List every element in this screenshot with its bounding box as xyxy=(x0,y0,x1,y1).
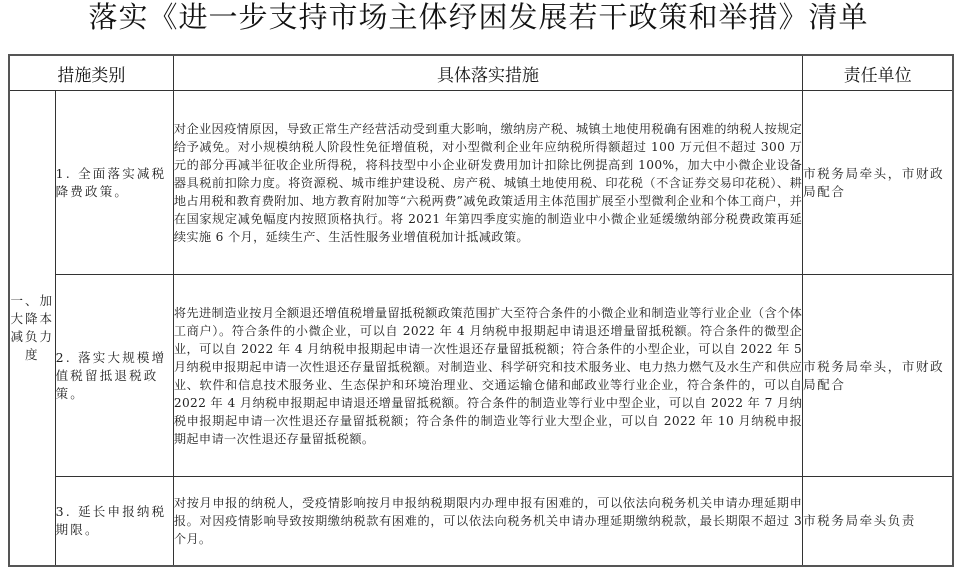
measures-cell: 对按月申报的纳税人，受疫情影响按月申报纳税期限内办理申报有困难的，可以依法向税务… xyxy=(173,477,802,566)
responsible-cell: 市税务局牵头负责 xyxy=(803,477,953,566)
table-row: 一、加大降本减负力度 1. 全面落实减税降费政策。 对企业因疫情原因，导致正常生… xyxy=(9,91,953,275)
header-responsible: 责任单位 xyxy=(803,55,953,91)
document-title: 落实《进一步支持市场主体纾困发展若干政策和举措》清单 xyxy=(0,0,957,40)
measures-cell: 对企业因疫情原因，导致正常生产经营活动受到重大影响，缴纳房产税、城镇土地使用税确… xyxy=(173,91,802,275)
responsible-cell: 市税务局牵头，市财政局配合 xyxy=(803,275,953,477)
category-cell: 一、加大降本减负力度 xyxy=(9,91,55,566)
subcategory-cell: 3. 延长申报纳税期限。 xyxy=(55,477,173,566)
subcategory-cell: 2. 落实大规模增值税留抵退税政策。 xyxy=(55,275,173,477)
measures-cell: 将先进制造业按月全额退还增值税增量留抵税额政策范围扩大至符合条件的小微企业和制造… xyxy=(173,275,802,477)
table-row: 3. 延长申报纳税期限。 对按月申报的纳税人，受疫情影响按月申报纳税期限内办理申… xyxy=(9,477,953,566)
header-category: 措施类别 xyxy=(9,55,173,91)
table-header-row: 措施类别 具体落实措施 责任单位 xyxy=(9,55,953,91)
table-row: 2. 落实大规模增值税留抵退税政策。 将先进制造业按月全额退还增值税增量留抵税额… xyxy=(9,275,953,477)
subcategory-cell: 1. 全面落实减税降费政策。 xyxy=(55,91,173,275)
responsible-cell: 市税务局牵头，市财政局配合 xyxy=(803,91,953,275)
policy-table: 措施类别 具体落实措施 责任单位 一、加大降本减负力度 1. 全面落实减税降费政… xyxy=(8,54,954,567)
header-measures: 具体落实措施 xyxy=(173,55,802,91)
